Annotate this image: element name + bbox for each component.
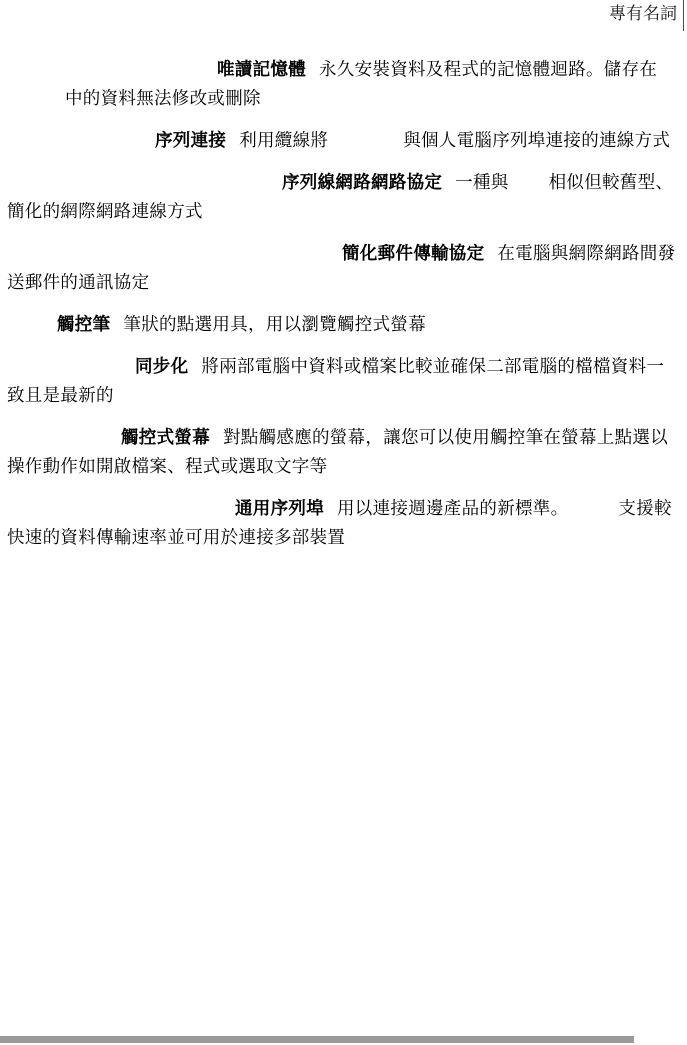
missing-term-gap xyxy=(7,258,342,259)
glossary-term: 同步化 xyxy=(135,356,188,376)
glossary-term: 簡化郵件傳輸協定 xyxy=(342,243,484,263)
glossary-definition: 利用纜線將 xyxy=(239,130,328,150)
glossary-definition: 用以連接週邊產品的新標準。 xyxy=(337,498,568,518)
glossary-entry: 序列線網路網路協定一種與相似但較舊型、簡化的網際網路連線方式 xyxy=(7,168,680,226)
glossary-term: 序列連接 xyxy=(155,130,226,150)
glossary-term: 通用序列埠 xyxy=(235,498,324,518)
glossary-term: 序列線網路網路協定 xyxy=(282,172,442,192)
glossary-term: 觸控筆 xyxy=(57,314,110,334)
missing-term-gap xyxy=(7,187,282,188)
glossary-entry: 觸控式螢幕對點觸感應的螢幕，讓您可以使用觸控筆在螢幕上點選以操作動作如開啟檔案、… xyxy=(7,423,680,481)
glossary-definition: 與個人電腦序列埠連接的連線方式 xyxy=(403,130,670,150)
missing-text-gap xyxy=(328,145,403,146)
glossary-entry: 通用序列埠用以連接週邊產品的新標準。支援較快速的資料傳輸速率並可用於連接多部裝置 xyxy=(7,494,680,552)
missing-term-gap xyxy=(7,442,121,443)
header-vertical-rule xyxy=(683,0,684,31)
glossary-entry: 觸控筆筆狀的點選用具，用以瀏覽觸控式螢幕 xyxy=(7,310,680,339)
missing-term-gap xyxy=(7,145,155,146)
glossary-definition: 一種與 xyxy=(455,172,508,192)
glossary-entry: 序列連接利用纜線將與個人電腦序列埠連接的連線方式 xyxy=(7,126,680,155)
missing-text-gap xyxy=(7,103,65,104)
glossary-definition: 中的資料無法修改或刪除 xyxy=(65,88,261,108)
glossary-definition: 對點觸感應的螢幕，讓您可以使用觸控筆在螢幕上點選以操作動作如開啟檔案、程式或選取… xyxy=(7,427,668,476)
missing-term-gap xyxy=(7,74,217,75)
glossary-entries: 唯讀記憶體永久安裝資料及程式的記憶體迴路。儲存在中的資料無法修改或刪除序列連接利… xyxy=(7,55,680,565)
missing-text-gap xyxy=(568,513,618,514)
glossary-entry: 同步化將兩部電腦中資料或檔案比較並確保二部電腦的檔檔資料一致且是最新的 xyxy=(7,352,680,410)
missing-term-gap xyxy=(7,329,57,330)
footer-bar xyxy=(0,1036,634,1043)
missing-term-gap xyxy=(7,371,135,372)
page-header-title: 專有名詞 xyxy=(609,3,677,25)
glossary-definition: 永久安裝資料及程式的記憶體迴路。儲存在 xyxy=(319,59,657,79)
glossary-entry: 簡化郵件傳輸協定在電腦與網際網路間發送郵件的通訊協定 xyxy=(7,239,680,297)
glossary-entry: 唯讀記憶體永久安裝資料及程式的記憶體迴路。儲存在中的資料無法修改或刪除 xyxy=(7,55,680,113)
missing-term-gap xyxy=(7,513,235,514)
glossary-term: 唯讀記憶體 xyxy=(217,59,306,79)
glossary-term: 觸控式螢幕 xyxy=(121,427,210,447)
glossary-definition: 將兩部電腦中資料或檔案比較並確保二部電腦的檔檔資料一致且是最新的 xyxy=(7,356,664,405)
glossary-definition: 筆狀的點選用具，用以瀏覽觸控式螢幕 xyxy=(123,314,426,334)
missing-text-gap xyxy=(509,187,549,188)
